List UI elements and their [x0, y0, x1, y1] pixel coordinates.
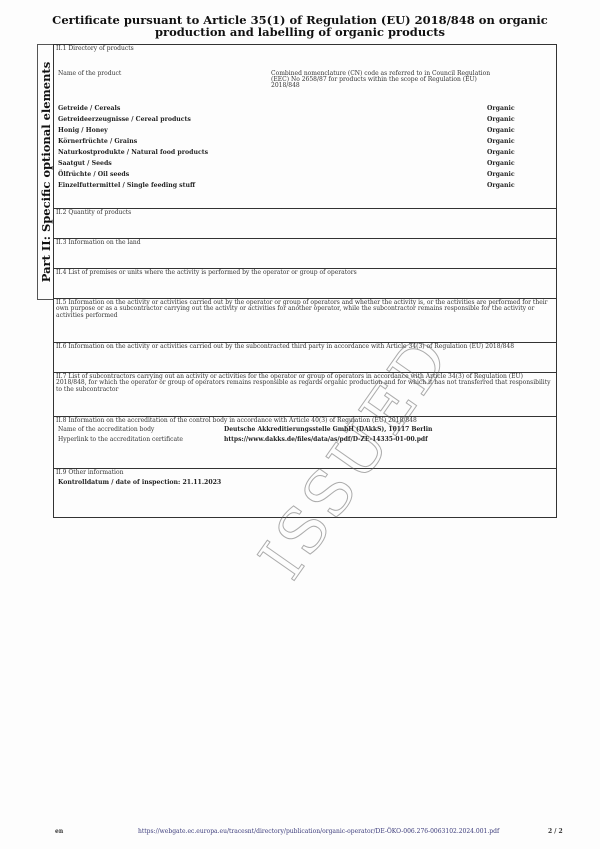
product-name: Getreideerzeugnisse / Cereal products [58, 117, 191, 123]
accreditation-link-row: Hyperlink to the accreditation certifica… [58, 437, 554, 447]
section-accreditation: II.8 Information on the accreditation of… [54, 417, 556, 469]
product-name: Honig / Honey [58, 128, 108, 134]
product-row: Getreideerzeugnisse / Cereal productsOrg… [58, 117, 554, 128]
col-product-name: Name of the product [58, 71, 121, 77]
part-label: Part II: Specific optional elements [39, 62, 53, 282]
accreditation-body-label: Name of the accreditation body [58, 427, 154, 433]
product-row: Einzelfuttermittel / Single feeding stuf… [58, 183, 554, 194]
product-name: Getreide / Cereals [58, 106, 120, 112]
section-quantity-of-products: II.2 Quantity of products [54, 209, 556, 239]
product-status: Organic [487, 150, 515, 156]
document-url[interactable]: https://webgate.ec.europa.eu/tracesnt/di… [138, 828, 499, 835]
section-subcontracted-third-party: II.6 Information on the activity or acti… [54, 343, 556, 373]
product-name: Saatgut / Seeds [58, 161, 112, 167]
product-name: Körnerfrüchte / Grains [58, 139, 137, 145]
product-status: Organic [487, 172, 515, 178]
section-heading: II.1 Directory of products [56, 46, 554, 52]
product-name: Naturkostprodukte / Natural food product… [58, 150, 208, 156]
section-heading: II.5 Information on the activity or acti… [56, 300, 554, 319]
section-activity-information: II.5 Information on the activity or acti… [54, 299, 556, 343]
product-status: Organic [487, 128, 515, 134]
product-row: Naturkostprodukte / Natural food product… [58, 150, 554, 161]
product-status: Organic [487, 161, 515, 167]
accreditation-link-label: Hyperlink to the accreditation certifica… [58, 437, 183, 443]
accreditation-body-value: Deutsche Akkreditierungsstelle GmbH (DAk… [224, 427, 432, 433]
section-heading: II.7 List of subcontractors carrying out… [56, 374, 554, 393]
section-heading: II.8 Information on the accreditation of… [56, 418, 554, 424]
section-heading: II.4 List of premises or units where the… [56, 270, 554, 276]
section-other-information: II.9 Other information Kontrolldatum / d… [54, 469, 556, 517]
product-row: Saatgut / SeedsOrganic [58, 161, 554, 172]
inspection-date: Kontrolldatum / date of inspection: 21.1… [58, 480, 554, 486]
certificate-table: II.1 Directory of products Name of the p… [53, 44, 557, 518]
document-title: Certificate pursuant to Article 35(1) of… [30, 14, 570, 38]
section-list-of-premises: II.4 List of premises or units where the… [54, 269, 556, 299]
page-number: 2 / 2 [548, 828, 563, 835]
section-list-of-subcontractors: II.7 List of subcontractors carrying out… [54, 373, 556, 417]
section-information-on-land: II.3 Information on the land [54, 239, 556, 269]
language-code: en [55, 828, 63, 835]
section-heading: II.6 Information on the activity or acti… [56, 344, 554, 350]
section-heading: II.9 Other information [56, 470, 554, 476]
section-directory-of-products: II.1 Directory of products Name of the p… [54, 45, 556, 209]
product-status: Organic [487, 106, 515, 112]
product-name: Ölfrüchte / Oil seeds [58, 172, 129, 178]
product-status: Organic [487, 183, 515, 189]
product-status: Organic [487, 117, 515, 123]
section-heading: II.3 Information on the land [56, 240, 554, 246]
col-cn-code: Combined nomenclature (CN) code as refer… [271, 71, 501, 89]
product-name: Einzelfuttermittel / Single feeding stuf… [58, 183, 195, 189]
accreditation-link[interactable]: https://www.dakks.de/files/data/as/pdf/D… [224, 437, 428, 443]
section-heading: II.2 Quantity of products [56, 210, 554, 216]
products-list: Getreide / CerealsOrganic Getreideerzeug… [58, 106, 554, 194]
product-status: Organic [487, 139, 515, 145]
